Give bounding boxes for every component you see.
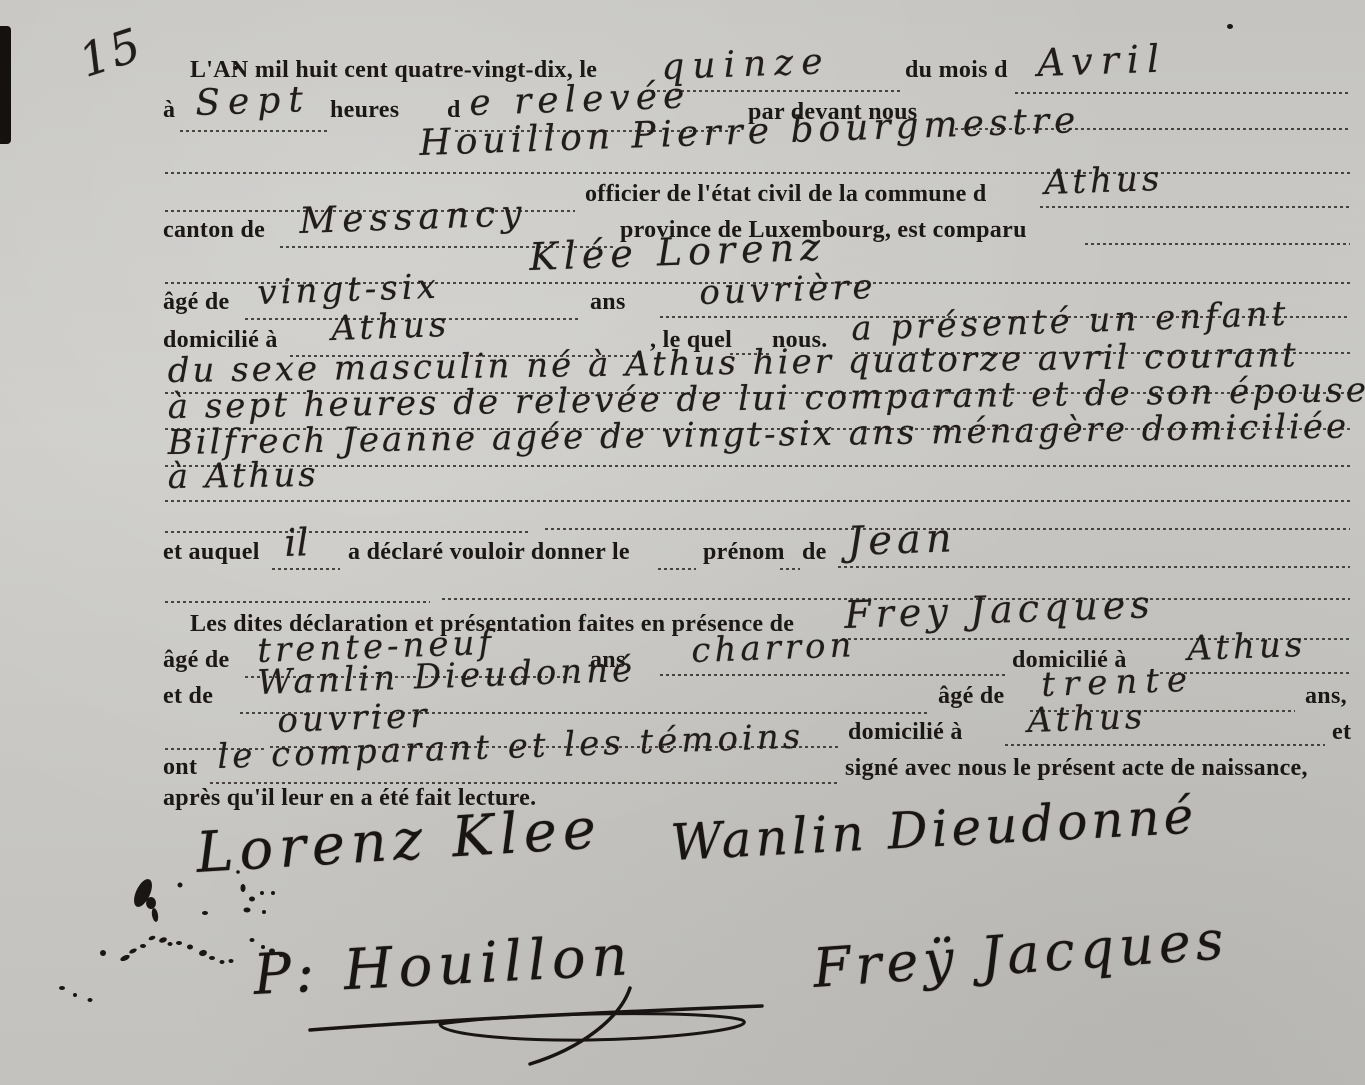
dotted-rule — [165, 500, 1350, 502]
hw-child-firstname: Jean — [847, 518, 958, 562]
printed-officier: officier de l'état civil de la commune d — [585, 182, 986, 207]
printed-ont: ont — [163, 755, 197, 780]
dotted-rule — [165, 465, 1350, 467]
hw-declarant-domicile: Athus — [331, 308, 451, 346]
printed-de: de — [802, 540, 827, 565]
hw-child-details-4: à Athus — [168, 458, 319, 494]
printed-ans: ans — [590, 290, 626, 315]
ink-splatter — [40, 850, 600, 1020]
printed-et-auquel: et auquel — [163, 540, 260, 565]
hw-witness1-domicile: Athus — [1187, 628, 1307, 666]
printed-domicilie-3: domicilié à — [848, 720, 963, 745]
printed-d: d — [447, 98, 461, 123]
birth-certificate-scan: 15 L'AN mil huit cent quatre-vingt-dix, … — [0, 0, 1365, 1085]
dotted-rule — [1040, 206, 1350, 208]
hw-witness2-age: trente — [1041, 663, 1196, 702]
dotted-rule — [210, 782, 838, 784]
printed-prenom: prénom — [703, 540, 785, 565]
signature-witness-frey: Freÿ Jacques — [811, 913, 1230, 996]
ink-speck — [1227, 24, 1233, 29]
dotted-rule — [660, 674, 1005, 676]
dotted-rule — [838, 566, 1350, 568]
printed-canton: canton de — [163, 218, 265, 243]
printed-hours: heures — [330, 98, 399, 123]
dotted-rule — [165, 531, 530, 533]
hw-month: Avril — [1037, 39, 1168, 82]
hw-declarant-name: Klée Lorenz — [529, 228, 827, 276]
printed-month-phrase: du mois d — [905, 58, 1008, 83]
act-number: 15 — [74, 21, 148, 84]
scan-edge-mark — [0, 26, 11, 144]
printed-age-de-3: âgé de — [938, 684, 1004, 709]
hw-declarant-occupation: ouvrière — [699, 270, 877, 310]
dotted-rule — [1085, 243, 1350, 245]
hw-canton: Messancy — [299, 196, 528, 240]
printed-declare-donner: a déclaré vouloir donner le — [348, 540, 630, 565]
printed-at: à — [163, 98, 175, 123]
hw-pronoun: il — [284, 523, 310, 562]
dotted-rule — [165, 601, 430, 603]
signature-witness-wanlin: Wanlin Dieudonné — [669, 790, 1198, 868]
hw-witness1-name: Frey Jacques — [844, 585, 1156, 634]
printed-year-phrase: L'AN mil huit cent quatre-vingt-dix, le — [190, 58, 597, 83]
dotted-rule — [272, 568, 340, 570]
printed-et-de: et de — [163, 684, 213, 709]
dotted-rule — [165, 172, 1350, 174]
hw-witness1-occupation: charron — [691, 628, 856, 668]
hw-hour: Sept — [195, 82, 312, 122]
dotted-rule — [1005, 744, 1325, 746]
dotted-rule — [780, 568, 800, 570]
hw-commune: Athus — [1044, 162, 1164, 200]
dotted-rule — [658, 568, 696, 570]
dotted-rule — [1015, 92, 1350, 94]
printed-signe-acte: signé avec nous le présent acte de naiss… — [845, 756, 1308, 781]
printed-et: et — [1332, 720, 1351, 745]
hw-witness2-domicile: Athus — [1027, 700, 1147, 738]
printed-age-de-2: âgé de — [163, 648, 229, 673]
printed-ans-comma: ans, — [1305, 684, 1347, 709]
hw-declarant-age: vingt-six — [257, 270, 440, 310]
dotted-rule — [180, 130, 330, 132]
printed-age-de: âgé de — [163, 290, 229, 315]
